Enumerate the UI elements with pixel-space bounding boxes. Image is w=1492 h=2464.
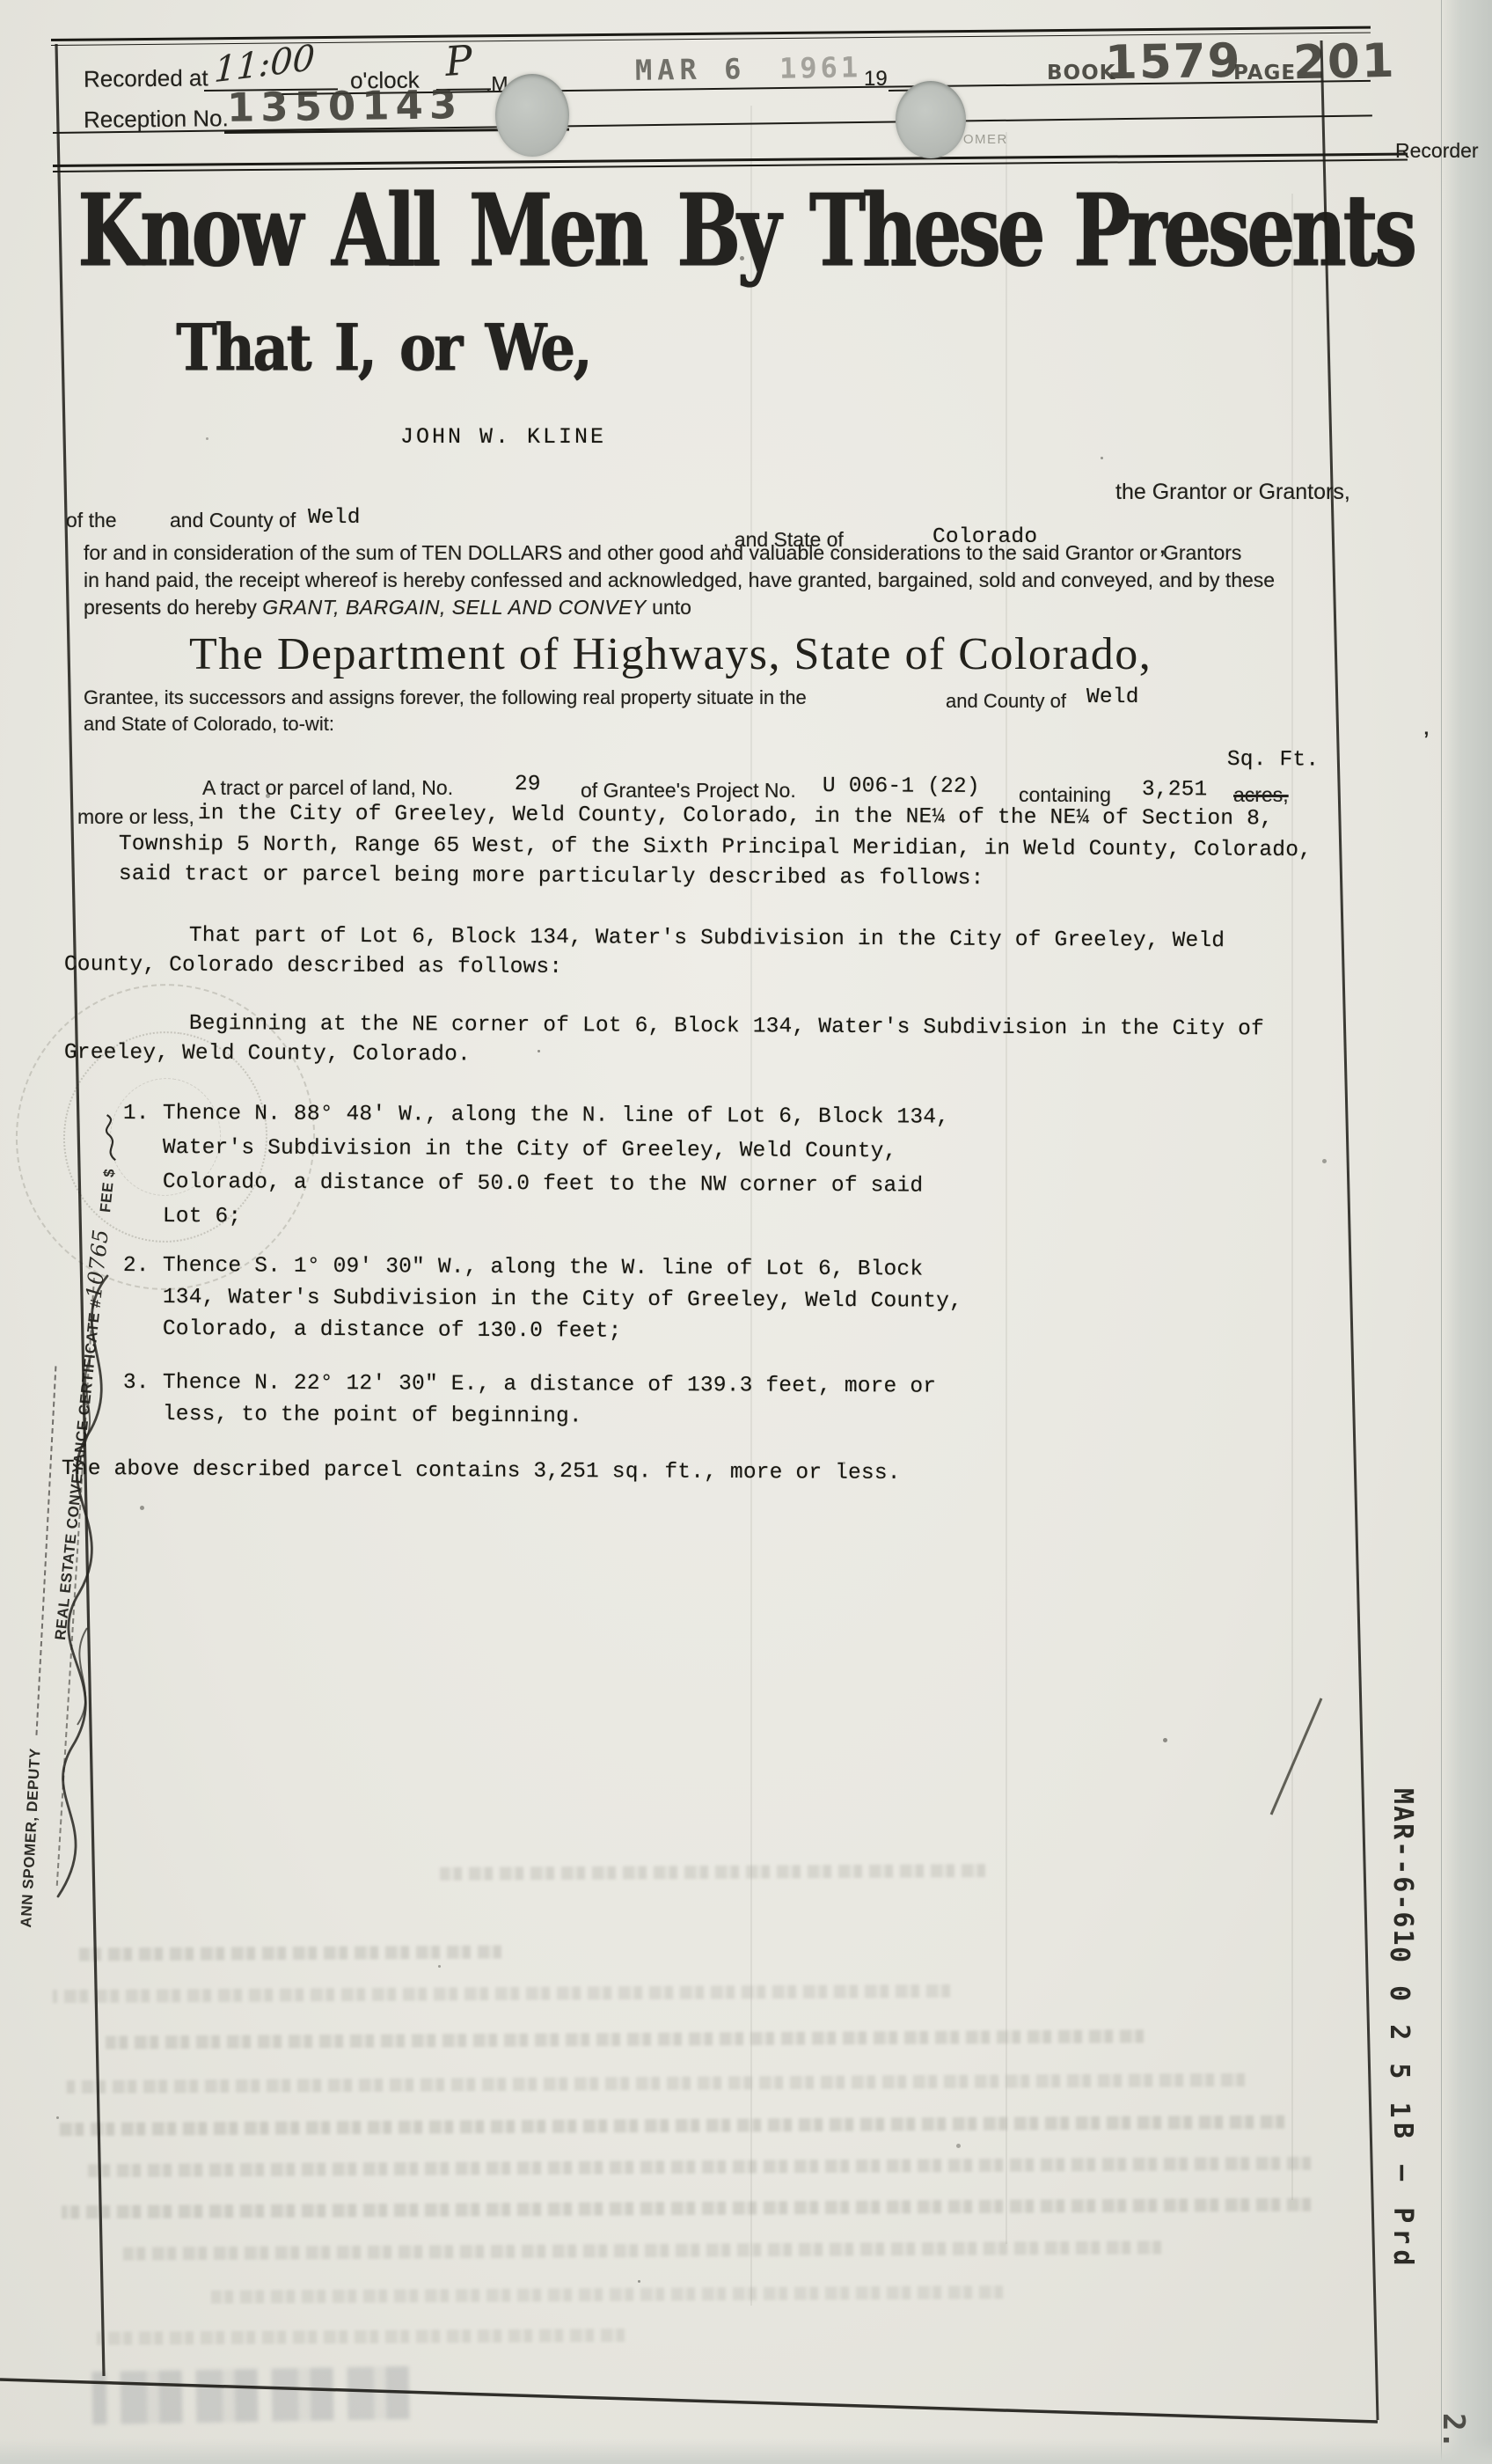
punch-hole [495,74,569,157]
punch-hole [896,81,966,158]
form-border-lines [0,0,1492,2464]
document-scan: { "header": { "recorded_at": "Recorded a… [0,0,1492,2464]
margin-signature [4,1250,135,1936]
